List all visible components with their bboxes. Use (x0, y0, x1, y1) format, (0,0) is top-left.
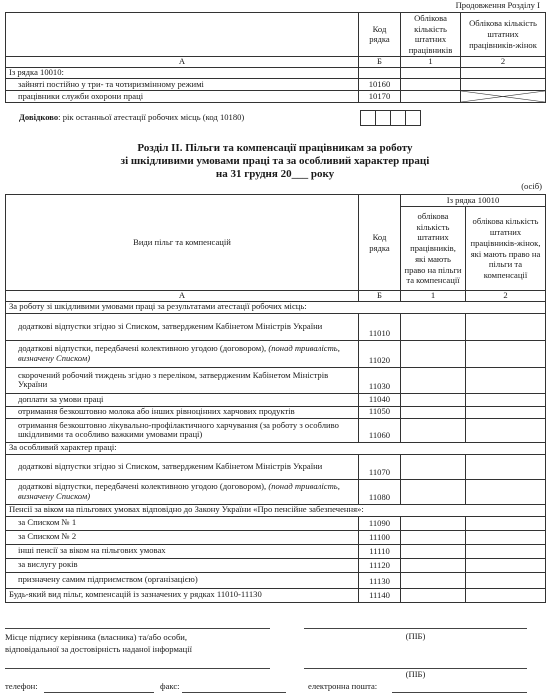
row-label-text: додаткові відпустки, передбачені колекти… (18, 343, 268, 353)
pib-line-1[interactable] (304, 628, 527, 629)
row-label-text: доплати за умови праці (18, 394, 103, 404)
row-label-text: додаткові відпустки згідно зі Списком, з… (18, 321, 322, 331)
cell-col2[interactable] (466, 544, 546, 558)
section-label: За роботу зі шкідливими умовами праці за… (6, 301, 546, 313)
cell-col2[interactable] (466, 418, 546, 442)
year-digit-box[interactable] (405, 110, 421, 126)
header-code: Код рядка (359, 195, 401, 291)
cell-col1[interactable] (401, 558, 466, 572)
index-2: 2 (466, 291, 546, 302)
index-2: 2 (461, 56, 546, 67)
reference-bold-label: Довідково (19, 112, 58, 122)
year-digit-box[interactable] (390, 110, 406, 126)
table-row: отримання безкоштовно лікувально-профіла… (6, 418, 546, 442)
row-code: 11080 (359, 479, 401, 504)
row-code: 11130 (359, 572, 401, 588)
row-code: 11030 (359, 367, 401, 393)
header-code: Код рядка (359, 13, 401, 57)
cell-col2[interactable] (466, 572, 546, 588)
row-code: 11120 (359, 558, 401, 572)
row-label: додаткові відпустки, передбачені колекти… (6, 340, 359, 367)
pib-label-1: (ПІБ) (304, 632, 527, 642)
unit-label: (осіб) (521, 182, 542, 192)
row-code: 11110 (359, 544, 401, 558)
fax-label: факс: (160, 682, 180, 692)
table-section2: Види пільг та компенсацій Код рядка Із р… (5, 194, 546, 603)
header-col2: Облікова кількість штатних працівників-ж… (461, 13, 546, 57)
cell-col2[interactable] (461, 67, 546, 78)
fax-field[interactable] (182, 692, 286, 693)
row-code (359, 67, 401, 78)
row-label-text: інші пенсії за віком на пільгових умовах (18, 545, 166, 555)
table-row: доплати за умови праці11040 (6, 393, 546, 406)
cell-col2[interactable] (466, 454, 546, 479)
row-label-text: отримання безкоштовно молока або інших р… (18, 406, 295, 416)
signature-line-1[interactable] (5, 628, 270, 629)
row-label-text: додаткові відпустки, передбачені колекти… (18, 481, 268, 491)
table-row: за вислугу років11120 (6, 558, 546, 572)
section-label: За особливий характер праці: (6, 442, 546, 454)
cell-col2[interactable] (466, 588, 546, 602)
row-label: за Списком № 1 (6, 516, 359, 530)
cell-col1[interactable] (401, 454, 466, 479)
cell-col1[interactable] (401, 418, 466, 442)
row-label: інші пенсії за віком на пільгових умовах (6, 544, 359, 558)
year-boxes (361, 110, 421, 126)
row-label: додаткові відпустки, передбачені колекти… (6, 479, 359, 504)
index-1: 1 (401, 291, 466, 302)
index-b: Б (359, 291, 401, 302)
row-label: додаткові відпустки згідно зі Списком, з… (6, 454, 359, 479)
signature-place-label: Місце підпису керівника (власника) та/аб… (5, 632, 192, 655)
phone-label: телефон: (5, 682, 38, 692)
continuation-label: Продовження Розділу I (456, 1, 540, 11)
row-code: 11090 (359, 516, 401, 530)
cell-col1[interactable] (401, 340, 466, 367)
section-row: За роботу зі шкідливими умовами праці за… (6, 301, 546, 313)
row-code: 11070 (359, 454, 401, 479)
cell-col2[interactable] (466, 340, 546, 367)
cell-col2[interactable] (466, 367, 546, 393)
index-1: 1 (401, 56, 461, 67)
index-a: А (6, 56, 359, 67)
row-code: 11060 (359, 418, 401, 442)
table-row: за Списком № 211100 (6, 530, 546, 544)
row-label-text: за Списком № 1 (18, 517, 76, 527)
row-code: 11040 (359, 393, 401, 406)
row-label-text: за Списком № 2 (18, 531, 76, 541)
section-row: За особливий характер праці: (6, 442, 546, 454)
row-code: 10160 (359, 78, 401, 90)
table-row: додаткові відпустки, передбачені колекти… (6, 479, 546, 504)
row-code: 11020 (359, 340, 401, 367)
cell-col2[interactable] (466, 530, 546, 544)
index-b: Б (359, 56, 401, 67)
cell-col1[interactable] (401, 406, 466, 418)
row-label: скорочений робочий тиждень згідно з пере… (6, 367, 359, 393)
section2-title: Розділ ІІ. Пільги та компенсації працівн… (0, 142, 550, 182)
row-label: призначену самим підприємством (організа… (6, 572, 359, 588)
cell-col1[interactable] (401, 367, 466, 393)
cell-col2[interactable] (466, 393, 546, 406)
cell-col1[interactable] (401, 67, 461, 78)
cell-col1[interactable] (401, 588, 466, 602)
cell-col2[interactable] (466, 313, 546, 340)
email-label: електронна пошта: (308, 682, 377, 692)
email-field[interactable] (392, 692, 527, 693)
table-row: додаткові відпустки, передбачені колекти… (6, 340, 546, 367)
header-col1: облікова кількість штатних працівників, … (401, 207, 466, 291)
row-label: додаткові відпустки згідно зі Списком, з… (6, 313, 359, 340)
cell-col2[interactable] (466, 516, 546, 530)
table-row: додаткові відпустки згідно зі Списком, з… (6, 313, 546, 340)
section2-title-line2: зі шкідливими умовами праці та за особли… (0, 155, 550, 168)
table-row: Із рядка 10010: (6, 67, 546, 78)
pib-label-2: (ПІБ) (304, 670, 527, 680)
index-row: А Б 1 2 (6, 56, 546, 67)
table-row: за Списком № 111090 (6, 516, 546, 530)
header-col2: облікова кількість штатних працівників-ж… (466, 207, 546, 291)
row-label: доплати за умови праці (6, 393, 359, 406)
cell-col1[interactable] (401, 516, 466, 530)
cell-col2[interactable] (461, 78, 546, 90)
cell-col1[interactable] (401, 393, 466, 406)
signature-place-label-line2: відповідальної за достовірність наданої … (5, 644, 192, 656)
row-code: 11100 (359, 530, 401, 544)
header-name (6, 13, 359, 57)
header-name: Види пільг та компенсацій (6, 195, 359, 291)
phone-field[interactable] (44, 692, 154, 693)
row-label: отримання безкоштовно молока або інших р… (6, 406, 359, 418)
row-label: Із рядка 10010: (6, 67, 359, 78)
table-row: працівники служби охорони праці 10170 (6, 90, 546, 102)
cell-col1[interactable] (401, 78, 461, 90)
row-code: 11050 (359, 406, 401, 418)
signature-line-2[interactable] (5, 668, 270, 669)
header-group: Із рядка 10010 (401, 195, 546, 207)
row-label-text: додаткові відпустки згідно зі Списком, з… (18, 461, 322, 471)
index-row: А Б 1 2 (6, 291, 546, 302)
row-label: отримання безкоштовно лікувально-профіла… (6, 418, 359, 442)
table-row: отримання безкоштовно молока або інших р… (6, 406, 546, 418)
reference-line: Довідково: рік останньої атестації робоч… (19, 113, 244, 123)
table-row: скорочений робочий тиждень згідно з пере… (6, 367, 546, 393)
section2-title-line3: на 31 грудня 20___ року (0, 168, 550, 181)
index-a: А (6, 291, 359, 302)
cell-col1[interactable] (401, 544, 466, 558)
cell-col1[interactable] (401, 572, 466, 588)
total-row: Будь-який вид пільг, компенсацій із зазн… (6, 588, 546, 602)
table-row: інші пенсії за віком на пільгових умовах… (6, 544, 546, 558)
cell-col1[interactable] (401, 479, 466, 504)
section-label: Пенсії за віком на пільгових умовах відп… (6, 504, 546, 516)
cell-col2[interactable] (466, 406, 546, 418)
row-label-text: Будь-який вид пільг, компенсацій із зазн… (9, 589, 262, 599)
signature-place-label-line1: Місце підпису керівника (власника) та/аб… (5, 632, 192, 644)
cell-col2[interactable] (466, 479, 546, 504)
table-section1-continuation: Код рядка Облікова кількість штатних пра… (5, 12, 546, 103)
year-digit-box[interactable] (375, 110, 391, 126)
row-code: 11140 (359, 588, 401, 602)
row-label-text: скорочений робочий тиждень згідно з пере… (18, 370, 328, 390)
row-label-text: за вислугу років (18, 559, 78, 569)
row-code: 11010 (359, 313, 401, 340)
year-digit-box[interactable] (360, 110, 376, 126)
section-row: Пенсії за віком на пільгових умовах відп… (6, 504, 546, 516)
section2-title-line1: Розділ ІІ. Пільги та компенсації працівн… (0, 142, 550, 155)
row-code: 10170 (359, 90, 401, 102)
cell-col2-crossed-out (461, 90, 546, 102)
row-label-text: отримання безкоштовно лікувально-профіла… (18, 420, 339, 440)
cell-col1[interactable] (401, 530, 466, 544)
row-label: зайняті постійно у три- та чотиризмінном… (6, 78, 359, 90)
row-label: Будь-який вид пільг, компенсацій із зазн… (6, 588, 359, 602)
table-row: зайняті постійно у три- та чотиризмінном… (6, 78, 546, 90)
cell-col2[interactable] (466, 558, 546, 572)
table-row: призначену самим підприємством (організа… (6, 572, 546, 588)
cross-out-icon (461, 91, 545, 102)
row-label: за вислугу років (6, 558, 359, 572)
reference-text: : рік останньої атестації робочих місць … (58, 112, 244, 122)
cell-col1[interactable] (401, 90, 461, 102)
cell-col1[interactable] (401, 313, 466, 340)
header-col1: Облікова кількість штатних працівників (401, 13, 461, 57)
row-label: за Списком № 2 (6, 530, 359, 544)
table-row: додаткові відпустки згідно зі Списком, з… (6, 454, 546, 479)
row-label: працівники служби охорони праці (6, 90, 359, 102)
row-label-text: призначену самим підприємством (організа… (18, 574, 198, 584)
